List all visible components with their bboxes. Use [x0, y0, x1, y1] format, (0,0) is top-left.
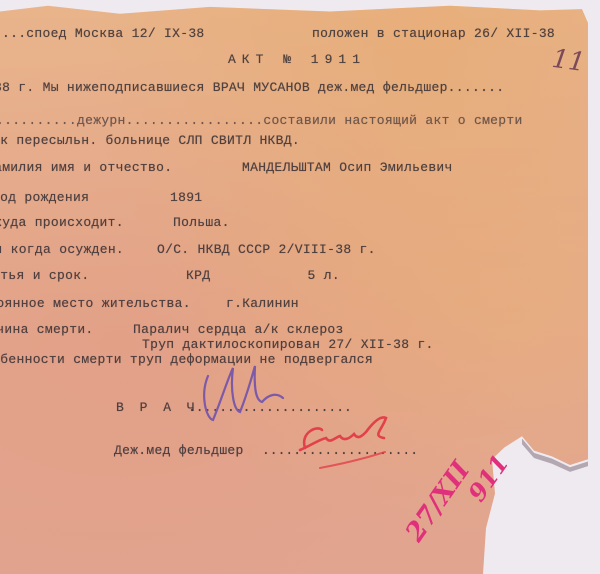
red-signature-icon — [0, 0, 600, 574]
document-scan: ...споед Москва 12/ IX-38 положен в стац… — [0, 0, 600, 574]
